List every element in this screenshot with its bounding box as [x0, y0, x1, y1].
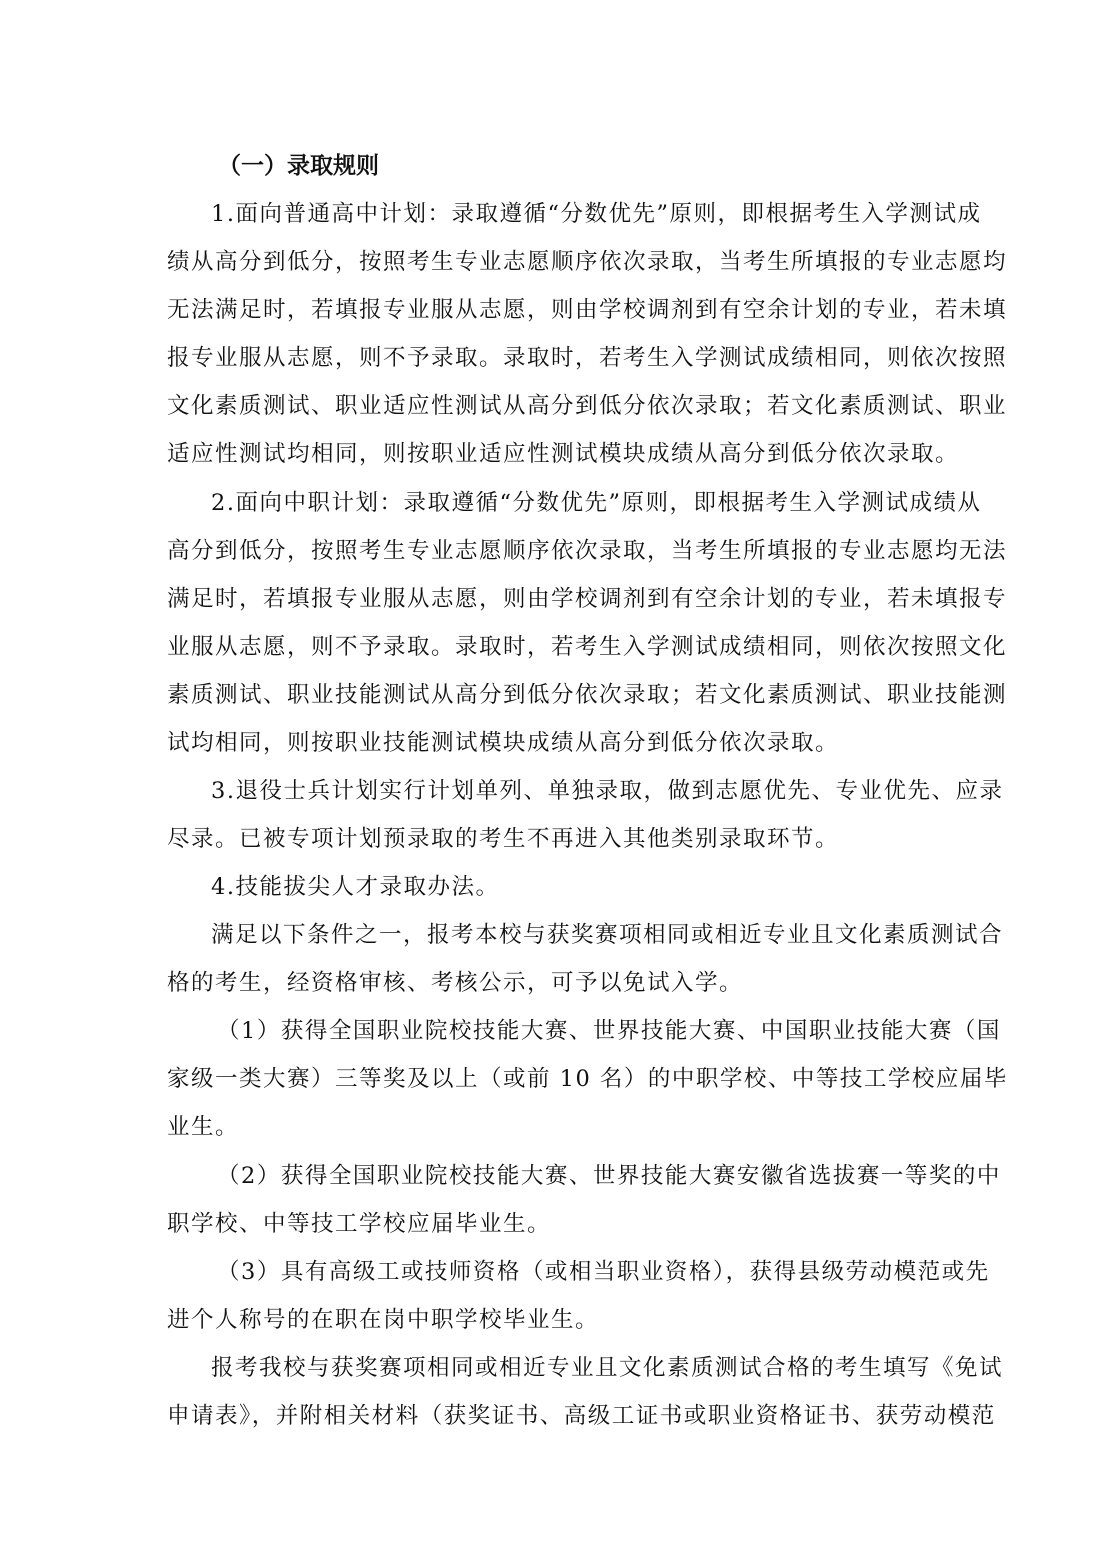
text-line: 职学校、中等技工学校应届毕业生。 [167, 1208, 551, 1240]
text-line: 无法满足时，若填报专业服从志愿，则由学校调剂到有空余计划的专业，若未填 [167, 294, 1007, 326]
text-line: 4.技能拔尖人才录取办法。 [211, 871, 499, 903]
text-line: 素质测试、职业技能测试从高分到低分依次录取；若文化素质测试、职业技能测 [167, 679, 1007, 711]
text-line: 满足以下条件之一，报考本校与获奖赛项相同或相近专业且文化素质测试合 [211, 919, 1003, 951]
section-heading: （一）录取规则 [218, 150, 379, 182]
text-line: 绩从高分到低分，按照考生专业志愿顺序依次录取，当考生所填报的专业志愿均 [167, 246, 1007, 278]
text-line: （2）获得全国职业院校技能大赛、世界技能大赛安徽省选拔赛一等奖的中 [217, 1160, 1001, 1192]
text-line: 申请表》，并附相关材料（获奖证书、高级工证书或职业资格证书、获劳动模范 [167, 1400, 996, 1432]
text-line: 3.退役士兵计划实行计划单列、单独录取，做到志愿优先、专业优先、应录 [211, 775, 1003, 807]
text-line: 进个人称号的在职在岗中职学校毕业生。 [167, 1304, 599, 1336]
text-line: 报专业服从志愿，则不予录取。录取时，若考生入学测试成绩相同，则依次按照 [167, 342, 1007, 374]
text-line: 试均相同，则按职业技能测试模块成绩从高分到低分依次录取。 [167, 727, 839, 759]
text-line: 2.面向中职计划：录取遵循“分数优先”原则，即根据考生入学测试成绩从 [211, 487, 981, 519]
text-line: 满足时，若填报专业服从志愿，则由学校调剂到有空余计划的专业，若未填报专 [167, 583, 1007, 615]
text-line: 适应性测试均相同，则按职业适应性测试模块成绩从高分到低分依次录取。 [167, 438, 959, 470]
text-line: 业服从志愿，则不予录取。录取时，若考生入学测试成绩相同，则依次按照文化 [167, 631, 1007, 663]
text-line: （1）获得全国职业院校技能大赛、世界技能大赛、中国职业技能大赛（国 [217, 1015, 1001, 1047]
text-line: 1.面向普通高中计划：录取遵循“分数优先”原则，即根据考生入学测试成 [211, 198, 981, 230]
text-line: 文化素质测试、职业适应性测试从高分到低分依次录取；若文化素质测试、职业 [167, 390, 1007, 422]
text-line: 家级一类大赛）三等奖及以上（或前 10 名）的中职学校、中等技工学校应届毕 [167, 1063, 1008, 1095]
text-line: 业生。 [167, 1111, 239, 1143]
text-line: 格的考生，经资格审核、考核公示，可予以免试入学。 [167, 967, 743, 999]
text-line: 高分到低分，按照考生专业志愿顺序依次录取，当考生所填报的专业志愿均无法 [167, 535, 1007, 567]
text-line: （3）具有高级工或技师资格（或相当职业资格），获得县级劳动模范或先 [217, 1256, 990, 1288]
text-line: 报考我校与获奖赛项相同或相近专业且文化素质测试合格的考生填写《免试 [211, 1352, 1003, 1384]
text-line: 尽录。已被专项计划预录取的考生不再进入其他类别录取环节。 [167, 823, 839, 855]
